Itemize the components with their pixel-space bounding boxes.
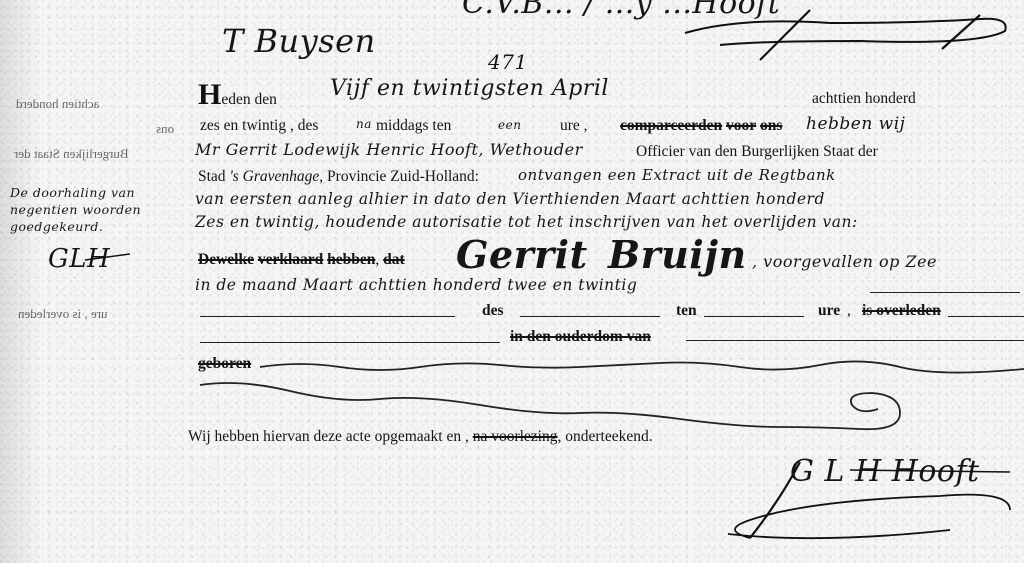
deceased-first-name: Gerrit: [456, 232, 588, 277]
printed-text: achttien honderd: [812, 90, 916, 108]
handwritten-text: na: [356, 117, 372, 131]
bleed-through-text: ons: [156, 121, 174, 137]
handwritten-text: een: [498, 118, 521, 132]
top-signature-flourish: [680, 5, 1020, 65]
fill-line: [200, 316, 455, 317]
struck-text: in den ouderdom van: [510, 328, 651, 346]
printed-line-4: Stad 's Gravenhage, Provincie Zuid-Holla…: [198, 168, 479, 186]
dropcap-letter: H: [198, 78, 221, 111]
printed-text: Stad: [198, 168, 226, 185]
printed-text: ten: [676, 302, 697, 320]
printed-text: zes en twintig , des: [200, 117, 318, 135]
city-name: 's Gravenhage: [229, 168, 319, 185]
comma: ,: [375, 251, 379, 268]
struck-word: verklaard: [258, 251, 323, 268]
body-line-1: Heden den: [198, 80, 277, 110]
struck-word: comparceerden: [620, 117, 722, 134]
handwritten-text: ontvangen een Extract uit de Regtbank: [518, 166, 836, 184]
printed-text: middags ten: [376, 117, 451, 135]
handwritten-text: Zes en twintig, houdende autorisatie tot…: [195, 213, 858, 231]
fill-line: [686, 340, 1024, 341]
printed-text: ure ,: [560, 117, 588, 135]
struck-text-group: Dewelke verklaard hebben, dat: [198, 251, 405, 269]
printed-text: , onderteekend.: [558, 428, 653, 445]
deceased-last-name: Bruijn: [608, 232, 747, 277]
printed-text: eden den: [221, 91, 277, 108]
handwritten-text: hebben wij: [806, 114, 905, 134]
handwritten-text: in de maand Maart achttien honderd twee …: [195, 276, 637, 294]
act-number: 471: [488, 50, 528, 74]
signature-flourish: [720, 460, 1020, 550]
bleed-through-text: Burgerlijken Staat der: [14, 146, 129, 162]
closing-line: Wij hebben hiervan deze acte opgemaakt e…: [188, 428, 653, 446]
bleed-through-text: ure , is overleden: [18, 306, 108, 322]
fill-line: [520, 316, 660, 317]
struck-word: Dewelke: [198, 251, 254, 268]
struck-text: is overleden: [862, 302, 941, 320]
struck-word: hebben: [327, 251, 375, 268]
handwritten-text: van eersten aanleg alhier in dato den Vi…: [195, 190, 825, 208]
struck-text: geboren: [198, 355, 251, 373]
printed-text: Wij hebben hiervan deze acte opgemaakt e…: [188, 428, 469, 445]
fill-line: [948, 316, 1024, 317]
document-page: C.V.B... / ...y ...Hooft T Buysen 471 ac…: [0, 0, 1024, 563]
margin-annotation-line: negentien woorden: [10, 202, 141, 217]
handwritten-date: Vijf en twintigsten April: [330, 76, 609, 101]
struck-text: na voorlezing: [473, 428, 558, 445]
struck-word: ons: [760, 117, 782, 134]
margin-annotation-line: De doorhaling van: [10, 185, 135, 200]
printed-text: des: [482, 302, 504, 320]
officer-name-handwritten: Mr Gerrit Lodewijk Henric Hooft, Wethoud…: [195, 140, 583, 159]
struck-word: voor: [726, 117, 756, 134]
printed-text: Officier van den Burgerlijken Staat der: [636, 143, 878, 161]
handwritten-text: , voorgevallen op Zee: [752, 252, 937, 271]
printed-text: ure: [818, 302, 840, 320]
struck-text-group: comparceerden voor ons: [620, 117, 782, 135]
page-edge-shadow: [0, 0, 40, 563]
bleed-through-text: achtien honderd: [16, 96, 99, 112]
margin-annotation-line: goedgekeurd.: [10, 219, 103, 234]
fill-line: [870, 292, 1020, 293]
comma: ,: [847, 302, 851, 320]
name-annotation: T Buysen: [222, 22, 376, 60]
struck-word: dat: [383, 251, 405, 268]
printed-text: , Provincie Zuid-Holland:: [319, 168, 479, 185]
fill-line: [704, 316, 804, 317]
initials-underline: [85, 252, 135, 262]
fill-line: [200, 342, 500, 343]
